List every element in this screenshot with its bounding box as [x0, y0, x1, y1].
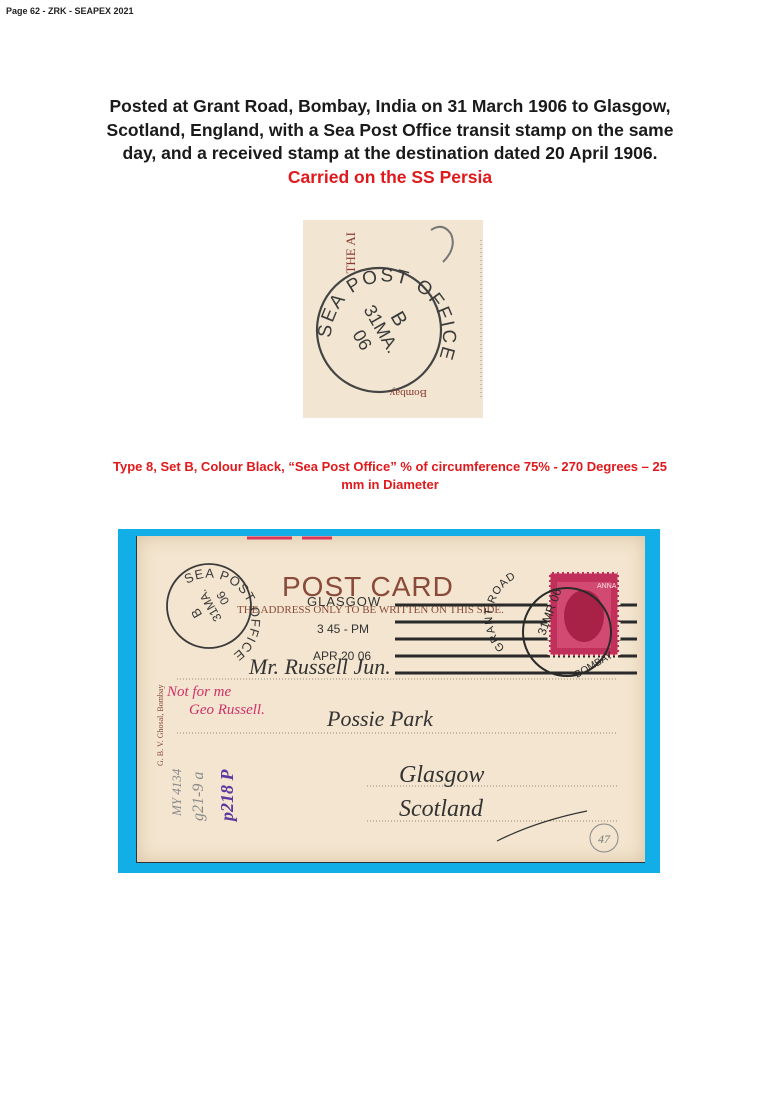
- description-line: Scotland, England, with a Sea Post Offic…: [80, 119, 700, 143]
- address-line-4: Scotland: [399, 796, 484, 822]
- postmark-closeup-image: THE AI SEA POST OFFICE B 31MA. 06 Bombay: [303, 220, 483, 418]
- purple-note: p218 P: [217, 769, 237, 824]
- page-header: Page 62 - ZRK - SEAPEX 2021: [6, 6, 134, 16]
- address-line-1: Mr. Russell Jun.: [248, 654, 391, 679]
- svg-text:ANNA: ANNA: [597, 583, 617, 590]
- ship-highlight: Carried on the SS Persia: [80, 166, 700, 190]
- postmark-caption: Type 8, Set B, Colour Black, “Sea Post O…: [90, 458, 690, 494]
- pink-note-line-1: Not for me: [166, 684, 232, 700]
- postcard-frame: POST CARD THE ADDRESS ONLY TO BE WRITTEN…: [118, 529, 660, 873]
- svg-text:47: 47: [598, 832, 611, 846]
- postcard-image: POST CARD THE ADDRESS ONLY TO BE WRITTEN…: [136, 536, 645, 863]
- description-block: Posted at Grant Road, Bombay, India on 3…: [80, 95, 700, 189]
- edge-text-bottom: Bombay: [389, 387, 427, 399]
- caption-line: mm in Diameter: [90, 476, 690, 494]
- description-line: Posted at Grant Road, Bombay, India on 3…: [80, 95, 700, 119]
- edge-text-top: THE AI: [343, 232, 358, 274]
- pencil-note-1: MY 4134: [169, 768, 184, 817]
- glasgow-mark-time: 3 45 - PM: [317, 622, 369, 636]
- postcard-back: POST CARD THE ADDRESS ONLY TO BE WRITTEN…: [137, 536, 645, 862]
- address-line-2: Possie Park: [326, 706, 434, 731]
- description-line: day, and a received stamp at the destina…: [80, 142, 700, 166]
- publisher-imprint: G. B. V. Ghosal, Bombay: [156, 685, 165, 767]
- pencil-note-2: g21-9 a: [190, 772, 207, 821]
- sea-post-office-postmark-closeup: THE AI SEA POST OFFICE B 31MA. 06 Bombay: [303, 220, 483, 418]
- address-line-3: Glasgow: [399, 762, 484, 788]
- caption-line: Type 8, Set B, Colour Black, “Sea Post O…: [90, 458, 690, 476]
- glasgow-mark-city: GLASGOW: [307, 594, 381, 609]
- pink-note-line-2: Geo Russell.: [189, 702, 265, 718]
